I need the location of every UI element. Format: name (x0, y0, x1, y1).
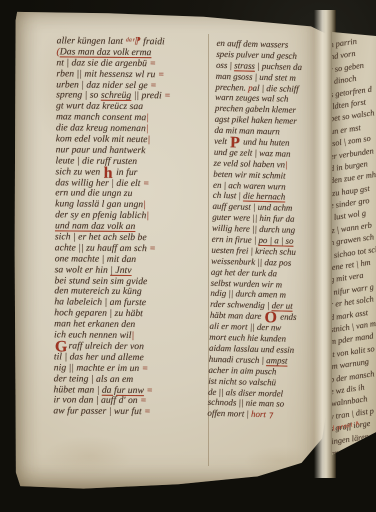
text-segment: ndig || durch amen m (210, 288, 286, 300)
rubric-mark: = (149, 58, 156, 69)
text-segment: || predi (131, 90, 164, 101)
rubric-underlined-text: strass (234, 60, 255, 71)
text-segment: ze veld sol haben vn (214, 158, 286, 170)
text-segment: agst pikel haken hemer (215, 114, 297, 126)
text-segment: speis pulver und gesch (216, 49, 297, 61)
text-segment: und hu huten (241, 136, 290, 147)
rubric-mark: | (147, 134, 150, 145)
text-segment: en | ach waren wurn (213, 179, 286, 191)
text-segment: der teing | als an em (54, 373, 134, 385)
text-segment: ali er mort || der nw (210, 321, 282, 333)
text-segment: sa wolt er hin (55, 264, 111, 275)
text-segment: ern und die ungn zu (55, 188, 132, 200)
rubric-mark: = (164, 91, 171, 102)
parchment-stain (44, 436, 134, 476)
text-column-left: aller küngen lant ᵈᵃʳ⁋ fraidi(Das man da… (53, 36, 208, 418)
text-segment: aller küngen lant (57, 35, 126, 47)
parchment-stain (244, 446, 314, 476)
text-segment: nig || machte er im un (54, 362, 142, 374)
text-segment: prechen. (215, 81, 248, 92)
text-segment: agt het der turk da (211, 266, 277, 278)
text-segment: spreng | so (56, 90, 101, 101)
text-segment: velt (214, 136, 229, 146)
rubric-mark: | (146, 210, 149, 221)
text-segment: beten wir mit schmit (213, 168, 285, 180)
rubric-underlined-text: | Jntv (110, 265, 131, 276)
manuscript-photo: aller küngen lant ᵈᵃʳ⁋ fraidi(Das man da… (0, 0, 376, 512)
text-segment: nur paur und hantwerk (56, 144, 146, 156)
text-segment: auff gerust | und achm (212, 201, 292, 213)
text-segment: weissenburk || daz pos (211, 256, 291, 268)
rubric-mark: = (142, 363, 149, 374)
rubric-mark: = (150, 80, 157, 91)
rubric-mark: | (143, 199, 146, 210)
text-segment: raff ulreich der von (68, 340, 144, 352)
rubric-mark: | (131, 330, 134, 341)
rubric-mark: | (285, 159, 288, 169)
rubric-mark: = (144, 406, 151, 417)
text-segment: das willig her | die elt (55, 177, 143, 189)
text-segment: selbst wurden wir m (211, 277, 283, 289)
text-segment: ends (278, 312, 297, 322)
text-segment: häbt man dare (210, 310, 264, 321)
text-segment: sich zu wen (55, 166, 102, 177)
rubric-mark: = (140, 395, 147, 406)
manuscript-line: offen mort | hort ⁊ (207, 408, 307, 421)
rubric-mark: ᵈᵃʳ⁋ (125, 36, 140, 47)
text-segment: prechen gabeln klemer (215, 103, 296, 115)
text-segment: rder schwendig | (210, 299, 272, 311)
rubric-mark: = (143, 178, 150, 189)
text-segment: | puchsen da (255, 61, 302, 72)
rubric-underlined-text: schreüg (101, 90, 131, 101)
fore-edge-text: en parrinund vorner so gebenm dinochas g… (326, 40, 376, 461)
text-segment: in fur (114, 167, 138, 178)
rubric-mark: | (146, 112, 149, 123)
text-segment: warn zeuges wal sch (215, 92, 288, 104)
text-segment: aw fur passer | wur fut (53, 406, 144, 418)
rubric-mark: = (144, 385, 153, 396)
text-segment: hoch geparen | zu häbt (54, 308, 143, 320)
text-segment: da mit man maurn (214, 125, 280, 137)
text-segment: al | die schiff (252, 82, 298, 93)
left-page: aller küngen lant ᵈᵃʳ⁋ fraidi(Das man da… (14, 6, 330, 492)
text-segment: oss | (216, 60, 234, 70)
rubric-mark: hort ⁊ (251, 409, 273, 420)
text-segment: hunadi crusch | (209, 354, 267, 365)
text-segment: offen mort | (207, 408, 251, 419)
rubric-mark: | (146, 123, 149, 134)
rubric-underlined-text: ampst (266, 355, 287, 366)
rubric-underlined-text: die hernach (243, 191, 285, 202)
rubric-underlined-text: po | a | so (258, 235, 293, 246)
text-segment: die daz kreug nomenan (56, 122, 146, 134)
text-segment: ern in firue | (212, 234, 259, 245)
text-segment: de || als diser mordel (208, 386, 283, 398)
text-segment: leute | die ruff rusten (56, 155, 138, 167)
text-segment: man het erkanen den (54, 318, 135, 330)
rubric-mark: = (158, 69, 165, 80)
rubric-underlined-text: und nam daz volk an (55, 220, 135, 232)
rubric-mark: = (149, 243, 156, 254)
text-segment: man gsoss | und stet m (216, 70, 296, 82)
text-segment: ch lust | (213, 190, 244, 201)
text-segment: schnods || nie man so (208, 397, 285, 409)
text-segment: und ge zelt | waz man (214, 147, 291, 159)
text-segment: gt wurt daz kreücz saa (56, 101, 143, 113)
text-segment: en auff dem wassers (216, 38, 288, 50)
text-segment: acher in aim pusch (208, 364, 276, 376)
text-segment: one machte | mit dan (55, 253, 137, 265)
right-page-fore-edge: en parrinund vorner so gebenm dinochas g… (332, 24, 376, 470)
text-segment: fraidi (141, 36, 165, 47)
text-segment: ist nicht so valschü (208, 375, 276, 387)
text-segment: mort euch hie kunden (209, 332, 286, 344)
manuscript-line: aw fur passer | wur fut = (53, 407, 205, 419)
text-column-right: en auff dem wassersspeis pulver und gesc… (207, 38, 316, 422)
